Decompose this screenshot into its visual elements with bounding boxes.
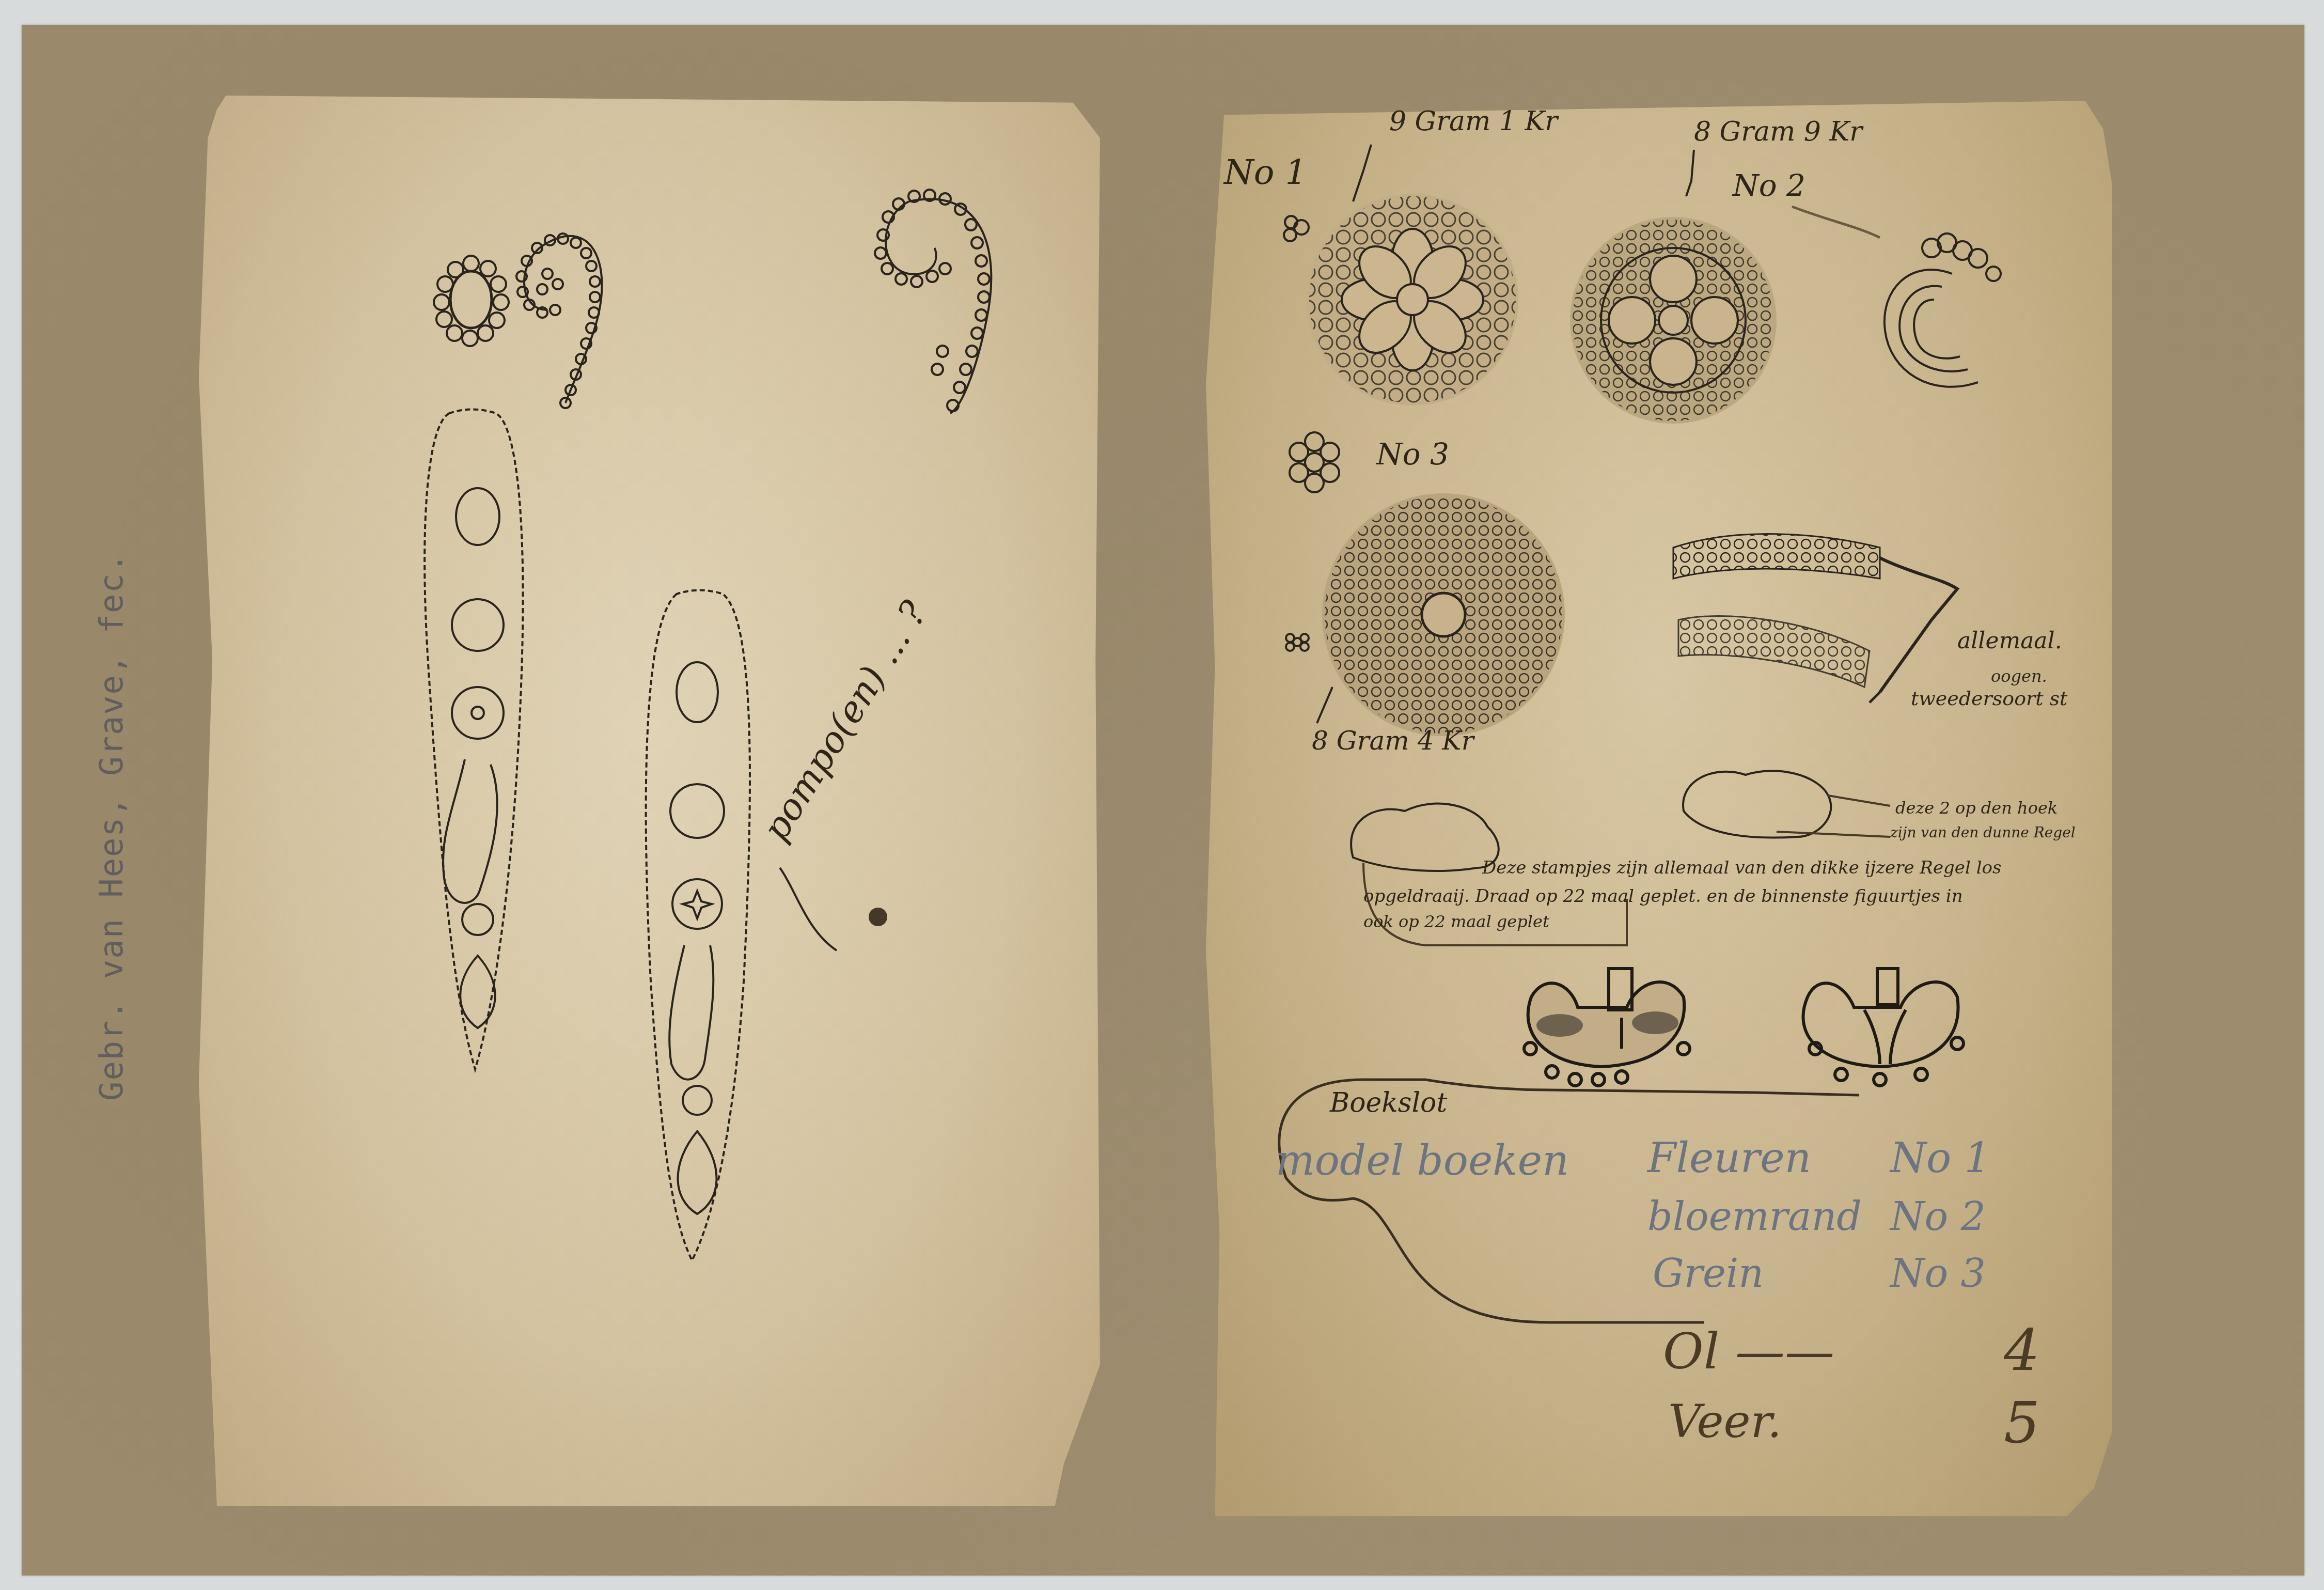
list-item-number: No 1 (1890, 1134, 1991, 1182)
label-deze-twee-line2: zijn van den dunne Regel (1890, 824, 2076, 841)
list-item-number: No 3 (1890, 1250, 1986, 1296)
label-tweedersoort: tweedersoort st (1911, 687, 2067, 710)
list-item-pattern: Grein (1653, 1250, 1764, 1296)
list-item-pattern: Fleuren (1647, 1134, 1811, 1182)
list-item-name: model boeken (1276, 1136, 1569, 1184)
rosette-no1-design (1307, 194, 1518, 406)
label-deze-twee-line1: deze 2 op den hoek (1895, 798, 2058, 818)
bead-strand-designs (1673, 534, 1957, 703)
list-item-pattern: Veer. (1668, 1395, 1782, 1448)
label-allemaal: allemaal. (1957, 628, 2062, 654)
label-no2: No 2 (1733, 168, 1805, 203)
clasp-designs (1524, 969, 1964, 1086)
label-oogen: oogen. (1991, 666, 2047, 686)
label-no3: No 3 (1376, 437, 1449, 472)
rosette-no2-design (1570, 217, 1777, 424)
label-no3-weight: 8 Gram 4 Kr (1312, 726, 1474, 756)
rosette-no3-design (1322, 493, 1565, 736)
label-no1: No 1 (1224, 152, 1307, 192)
list-item-pattern: bloemrand (1647, 1193, 1862, 1239)
list-item-number: 4 (2004, 1317, 2040, 1383)
note-line-3: ook op 22 maal geplet (1363, 912, 1549, 931)
list-item-pattern: Ol —— (1663, 1322, 1834, 1380)
note-line-2: opgeldraaij. Draad op 22 maal geplet. en… (1363, 886, 1963, 907)
note-line-1: Deze stampjes zijn allemaal van den dikk… (1482, 858, 2001, 878)
label-no1-weight: 9 Gram 1 Kr (1389, 106, 1558, 137)
label-no2-weight: 8 Gram 9 Kr (1694, 116, 1862, 147)
crescent-ornament-design (1792, 207, 2001, 387)
list-item-number: 5 (2004, 1390, 2040, 1456)
label-boekslot: Boekslot (1330, 1087, 1447, 1118)
right-sheet-drawings (0, 0, 2324, 1590)
list-item-number: No 2 (1890, 1193, 1986, 1239)
